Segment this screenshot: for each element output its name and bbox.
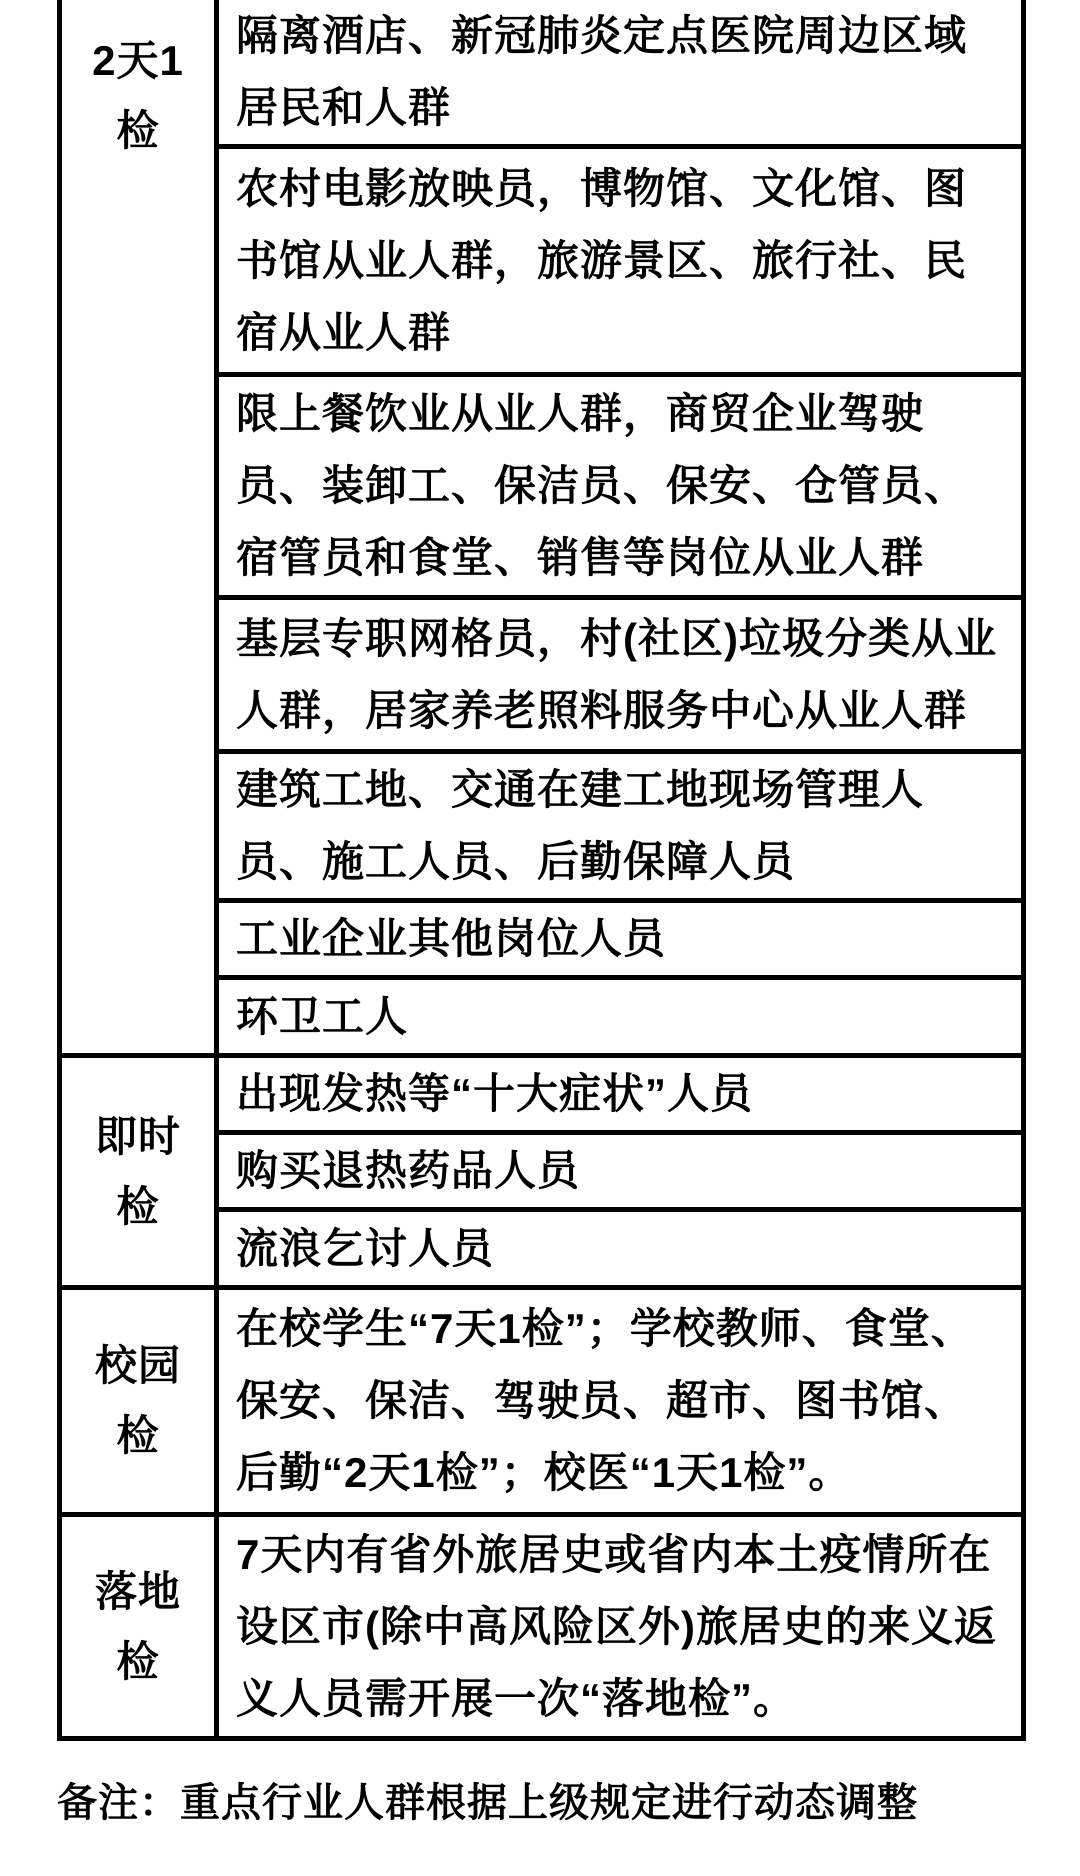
table-row: 落地 检 7天内有省外旅居史或省内本土疫情所在 设区市(除中高风险区外)旅居史的… bbox=[60, 1515, 1024, 1739]
table-row: 校园 检 在校学生“7天1检”；学校教师、食堂、 保安、保洁、驾驶员、超市、图书… bbox=[60, 1288, 1024, 1515]
group-cell: 在校学生“7天1检”；学校教师、食堂、 保安、保洁、驾驶员、超市、图书馆、 后勤… bbox=[217, 1288, 1024, 1515]
group-cell: 购买退热药品人员 bbox=[217, 1133, 1024, 1210]
group-cell: 流浪乞讨人员 bbox=[217, 1210, 1024, 1288]
category-cell-arrival-test: 落地 检 bbox=[60, 1515, 217, 1739]
group-cell: 基层专职网格员，村(社区)垃圾分类从业 人群，居家养老照料服务中心从业人群 bbox=[217, 598, 1024, 752]
group-cell: 限上餐饮业从业人群，商贸企业驾驶 员、装卸工、保洁员、保安、仓管员、 宿管员和食… bbox=[217, 375, 1024, 598]
document-page: 2天1 检 隔离酒店、新冠肺炎定点医院周边区域 居民和人群 农村电影放映员，博物… bbox=[0, 0, 1080, 1876]
group-cell: 7天内有省外旅居史或省内本土疫情所在 设区市(除中高风险区外)旅居史的来义返 义… bbox=[217, 1515, 1024, 1739]
category-cell-campus-test: 校园 检 bbox=[60, 1288, 217, 1515]
group-cell: 出现发热等“十大症状”人员 bbox=[217, 1056, 1024, 1133]
category-cell-immediate-test: 即时 检 bbox=[60, 1056, 217, 1288]
category-cell-2days-1-test: 2天1 检 bbox=[60, 0, 217, 1056]
group-cell: 隔离酒店、新冠肺炎定点医院周边区域 居民和人群 bbox=[217, 0, 1024, 147]
group-cell: 建筑工地、交通在建工地现场管理人 员、施工人员、后勤保障人员 bbox=[217, 752, 1024, 901]
group-cell: 环卫工人 bbox=[217, 978, 1024, 1056]
group-cell: 工业企业其他岗位人员 bbox=[217, 901, 1024, 978]
footer-note: 备注：重点行业人群根据上级规定进行动态调整 bbox=[57, 1779, 918, 1827]
group-cell: 农村电影放映员，博物馆、文化馆、图 书馆从业人群，旅游景区、旅行社、民 宿从业人… bbox=[217, 147, 1024, 375]
table-row: 2天1 检 隔离酒店、新冠肺炎定点医院周边区域 居民和人群 bbox=[60, 0, 1024, 147]
table-row: 即时 检 出现发热等“十大症状”人员 bbox=[60, 1056, 1024, 1133]
testing-frequency-table: 2天1 检 隔离酒店、新冠肺炎定点医院周边区域 居民和人群 农村电影放映员，博物… bbox=[57, 0, 1026, 1741]
